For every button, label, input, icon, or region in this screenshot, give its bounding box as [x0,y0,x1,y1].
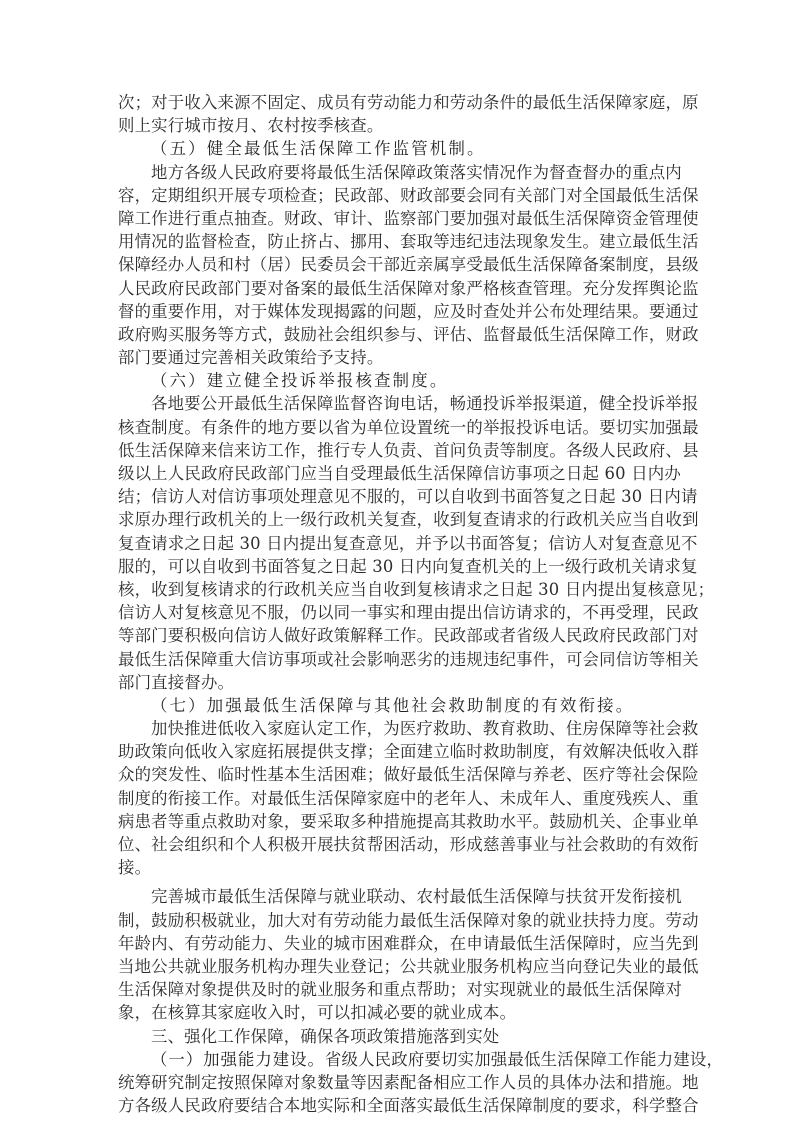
subsection-heading: （五）健全最低生活保障工作监管机制。 [118,137,674,160]
text-line: 低生活保障来信来访工作，推行专人负责、首问负责等制度。各级人民政府、县 [118,439,674,462]
text-line: 则上实行城市按月、农村按季核查。 [118,114,674,137]
inline-subsection-heading: （一）加强能力建设。 [151,1050,325,1069]
text-line: 制度的衔接工作。对最低生活保障家庭中的老年人、未成年人、重度残疾人、重 [118,787,674,810]
text-line: 求原办理行政机关的上一级行政机关复查，收到复查请求的行政机关应当自收到 [118,508,674,531]
subsection-heading: （六）建立健全投诉举报核查制度。 [118,369,674,392]
text-line: 当地公共就业服务机构办理失业登记；公共就业服务机构应当向登记失业的最低 [118,955,674,978]
text-line: 加快推进低收入家庭认定工作，为医疗救助、教育救助、住房保障等社会救 [118,717,674,740]
text-line: （一）加强能力建设。省级人民政府要切实加强最低生活保障工作能力建设， [118,1048,674,1071]
text-line: 位、社会组织和个人积极开展扶贫帮困活动，形成慈善事业与社会救助的有效衔 [118,833,674,856]
text-span: 省级人民政府要切实加强最低生活保障工作能力建设， [325,1050,723,1069]
text-line: 病患者等重点救助对象，要采取多种措施提高其救助水平。鼓励机关、企事业单 [118,810,674,833]
text-line: 年龄内、有劳动能力、失业的城市困难群众，在申请最低生活保障时，应当先到 [118,932,674,955]
text-line: 等部门要积极向信访人做好政策解释工作。民政部或者省级人民政府民政部门对 [118,624,674,647]
text-line: 督的重要作用，对于媒体发现揭露的问题，应及时查处并公布处理结果。要通过 [118,300,674,323]
text-line: 众的突发性、临时性基本生活困难；做好最低生活保障与养老、医疗等社会保险 [118,763,674,786]
text-line: 接。 [118,856,674,879]
text-line: 用情况的监督检查，防止挤占、挪用、套取等违纪违法现象发生。建立最低生活 [118,230,674,253]
text-line: 助政策向低收入家庭拓展提供支撑；全面建立临时救助制度，有效解决低收入群 [118,740,674,763]
text-line: 地方各级人民政府要将最低生活保障政策落实情况作为督查督办的重点内 [118,161,674,184]
text-line: 部门直接督办。 [118,671,674,694]
text-line: 政府购买服务等方式，鼓励社会组织参与、评估、监督最低生活保障工作，财政 [118,323,674,346]
text-line: 方各级人民政府要结合本地实际和全面落实最低生活保障制度的要求，科学整合 [118,1094,674,1117]
text-line: 各地要公开最低生活保障监督咨询电话，畅通投诉举报渠道，健全投诉举报 [118,392,674,415]
text-line: 次；对于收入来源不固定、成员有劳动能力和劳动条件的最低生活保障家庭，原 [118,91,674,114]
text-line: 容，定期组织开展专项检查；民政部、财政部要会同有关部门对全国最低生活保 [118,184,674,207]
text-line: 部门要通过完善相关政策给予支持。 [118,346,674,369]
text-line: 级以上人民政府民政部门应当自受理最低生活保障信访事项之日起 60 日内办 [118,462,674,485]
text-line: 象，在核算其家庭收入时，可以扣减必要的就业成本。 [118,1001,674,1024]
text-line: 复查请求之日起 30 日内提出复查意见，并予以书面答复；信访人对复查意见不 [118,532,674,555]
text-line: 结；信访人对信访事项处理意见不服的，可以自收到书面答复之日起 30 日内请 [118,485,674,508]
text-line: 统筹研究制定按照保障对象数量等因素配备相应工作人员的具体办法和措施。地 [118,1071,674,1094]
text-line: 生活保障对象提供及时的就业服务和重点帮助；对实现就业的最低生活保障对 [118,978,674,1001]
text-line: 服的，可以自收到书面答复之日起 30 日内向复查机关的上一级行政机关请求复 [118,555,674,578]
text-line: 保障经办人员和村（居）民委员会干部近亲属享受最低生活保障备案制度，县级 [118,253,674,276]
section-heading: 三、强化工作保障，确保各项政策措施落到实处 [118,1025,674,1048]
text-line: 人民政府民政部门要对备案的最低生活保障对象严格核查管理。充分发挥舆论监 [118,277,674,300]
text-line: 信访人对复核意见不服，仍以同一事实和理由提出信访请求的，不再受理，民政 [118,601,674,624]
text-line: 障工作进行重点抽查。财政、审计、监察部门要加强对最低生活保障资金管理使 [118,207,674,230]
text-line: 制，鼓励积极就业，加大对有劳动能力最低生活保障对象的就业扶持力度。劳动 [118,909,674,932]
text-line: 核查制度。有条件的地方要以省为单位设置统一的举报投诉电话。要切实加强最 [118,416,674,439]
subsection-heading: （七）加强最低生活保障与其他社会救助制度的有效衔接。 [118,694,674,717]
text-line: 核，收到复核请求的行政机关应当自收到复核请求之日起 30 日内提出复核意见； [118,578,674,601]
text-line: 完善城市最低生活保障与就业联动、农村最低生活保障与扶贫开发衔接机 [118,885,674,908]
text-line: 最低生活保障重大信访事项或社会影响恶劣的违规违纪事件，可会同信访等相关 [118,648,674,671]
document-page: 次；对于收入来源不固定、成员有劳动能力和劳动条件的最低生活保障家庭，原 则上实行… [118,91,674,1117]
